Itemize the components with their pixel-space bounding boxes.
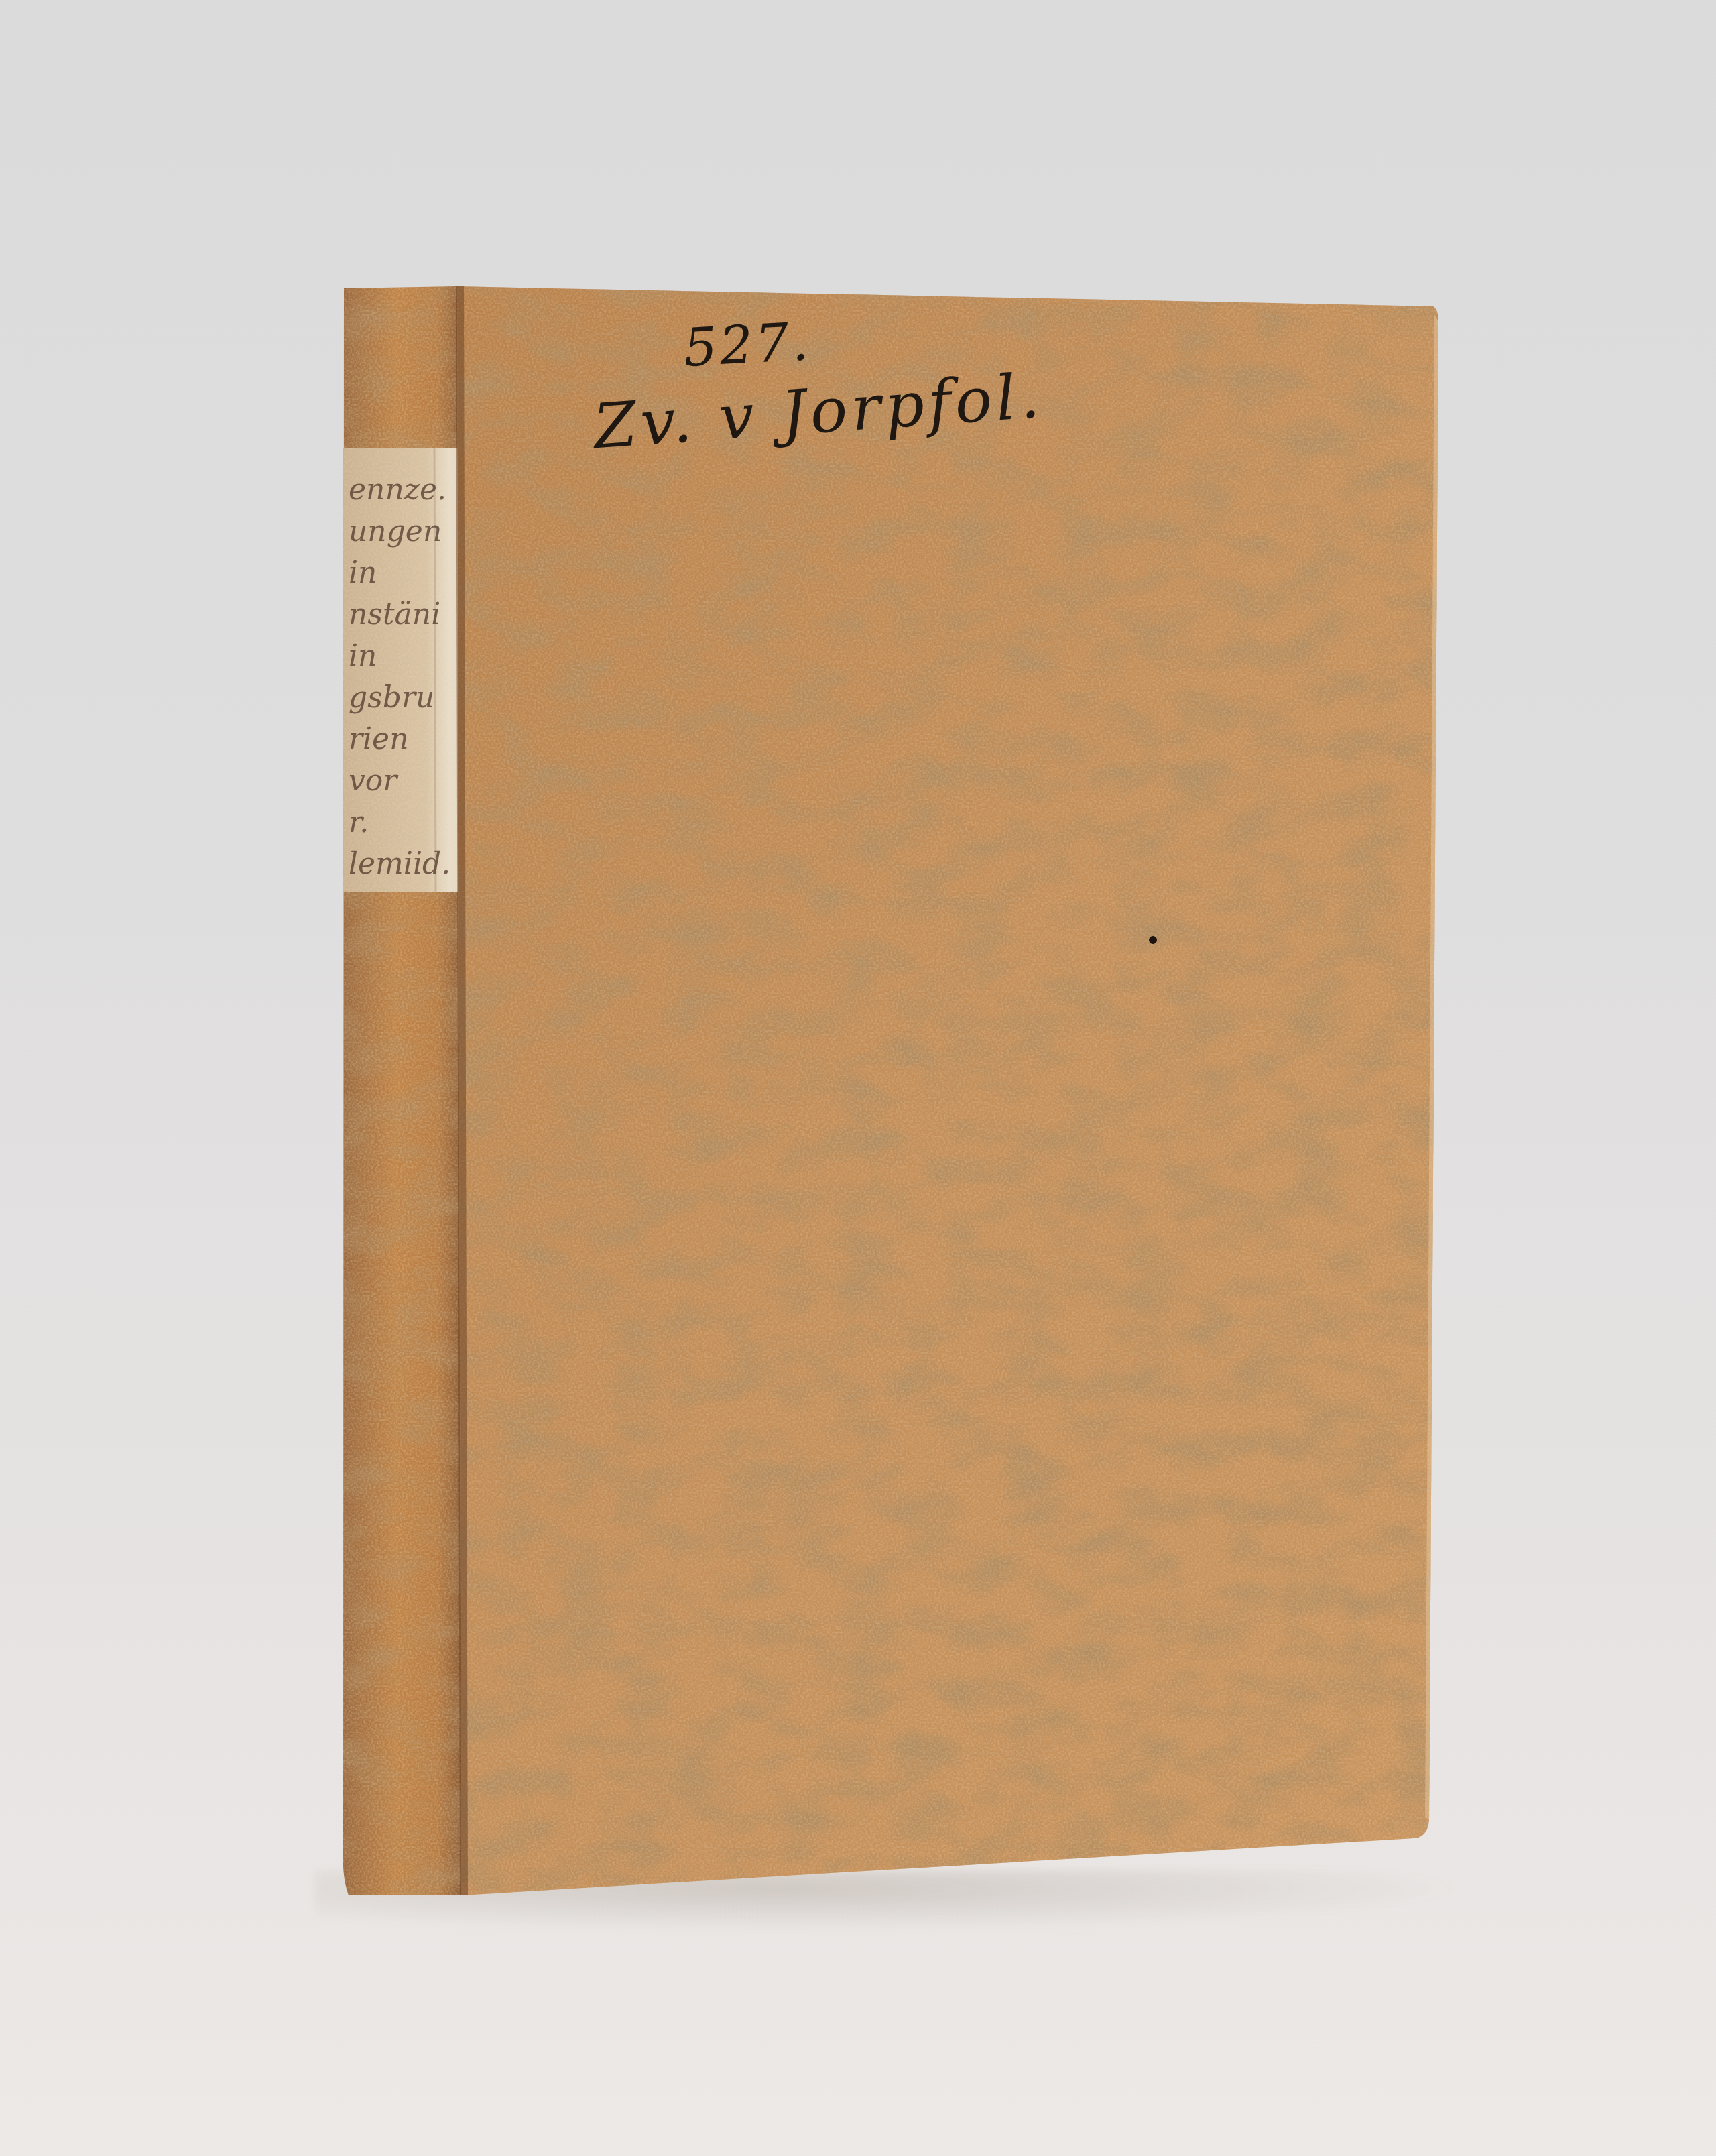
spine-label-line: r. [349,802,489,843]
spine-label-line: in [349,636,489,677]
photo-scene: 527. Zv. v Jorpfol. ennze. ungen in nstä… [0,0,1716,2156]
spine-label-line: ungen [349,511,489,552]
spine-label-line: ennze. [349,469,489,511]
spine-label-line: vor [349,760,489,802]
front-cover [456,286,1438,1895]
spine-label-line: lemiid. [349,843,489,885]
spine-label-line: gsbru [349,677,489,719]
book [0,0,1716,2156]
spine-label-text: ennze. ungen in nstäni in gsbru rien vor… [349,469,489,885]
spine-label-line: nstäni [349,594,489,636]
spine-label-line: rien [349,719,489,760]
spine-label-line: in [349,552,489,594]
